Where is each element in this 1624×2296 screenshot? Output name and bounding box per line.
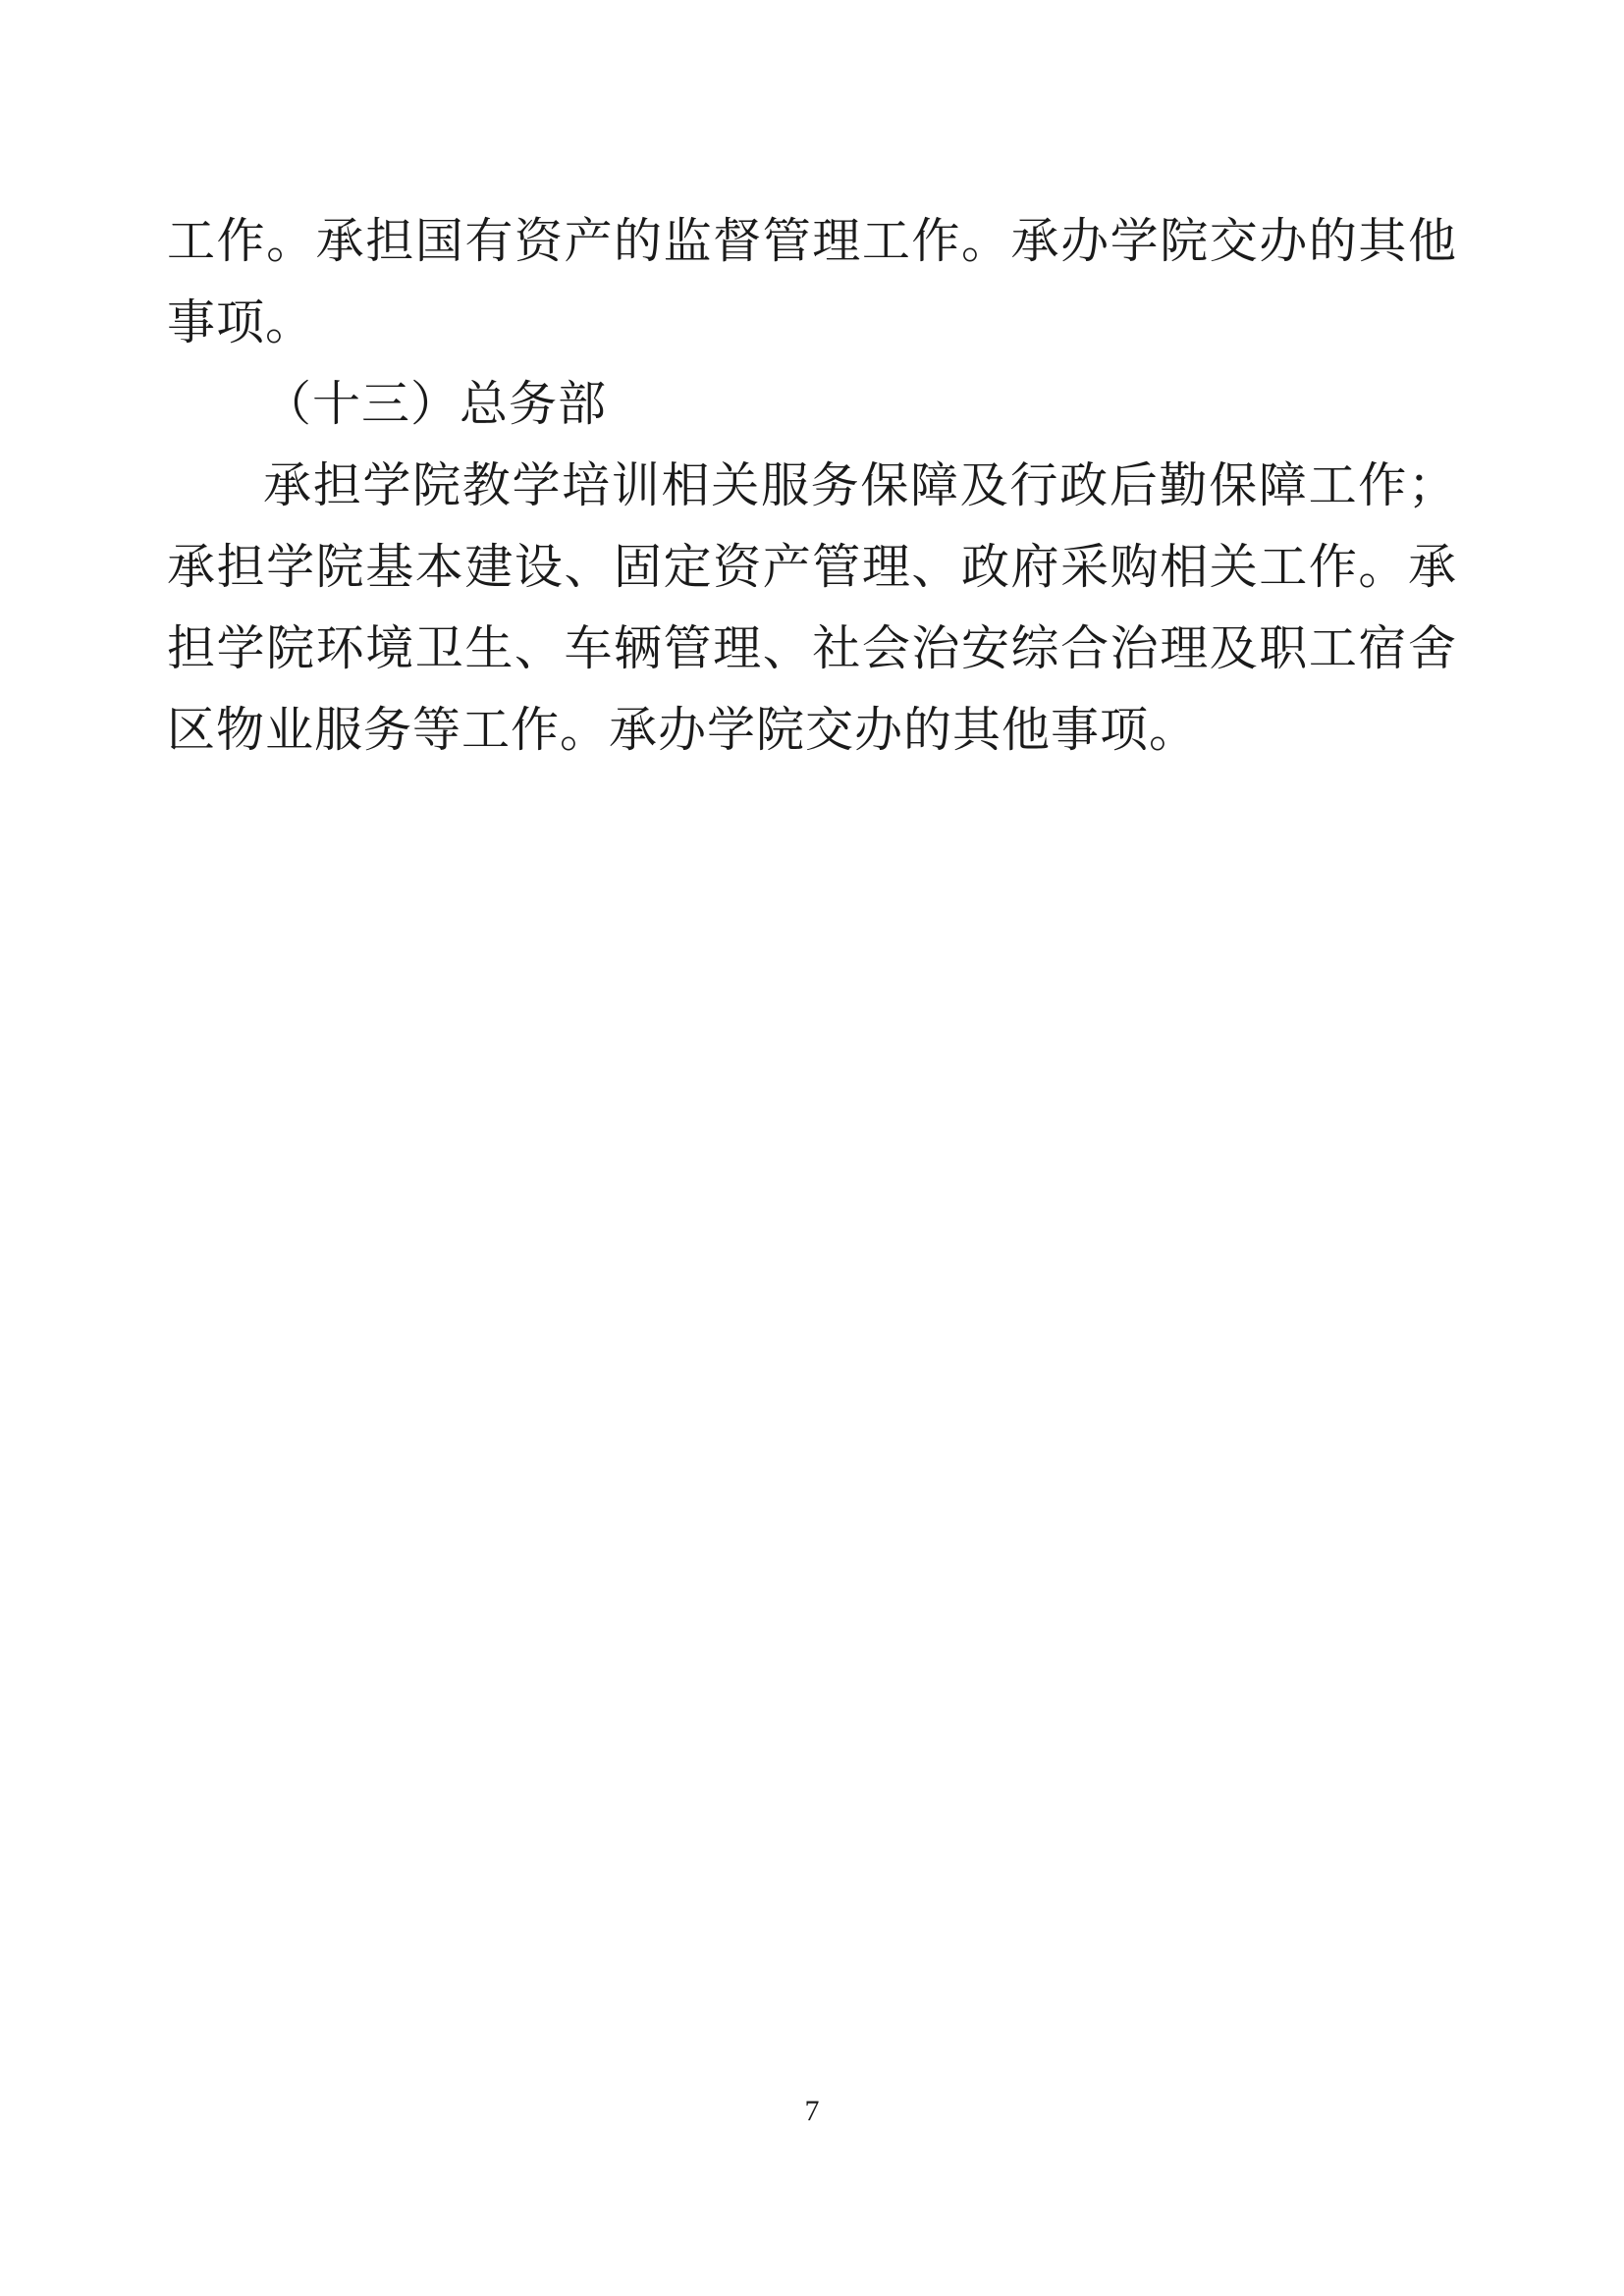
paragraph-body: 承担学院教学培训相关服务保障及行政后勤保障工作；承担学院基本建设、固定资产管理、…: [167, 445, 1457, 771]
document-body: 工作。承担国有资产的监督管理工作。承办学院交办的其他事项。 （十三）总务部 承担…: [167, 200, 1457, 771]
section-heading: （十三）总务部: [167, 363, 1457, 445]
document-page: 工作。承担国有资产的监督管理工作。承办学院交办的其他事项。 （十三）总务部 承担…: [0, 0, 1624, 2296]
page-number: 7: [0, 2095, 1624, 2128]
paragraph-continuation: 工作。承担国有资产的监督管理工作。承办学院交办的其他事项。: [167, 200, 1457, 363]
